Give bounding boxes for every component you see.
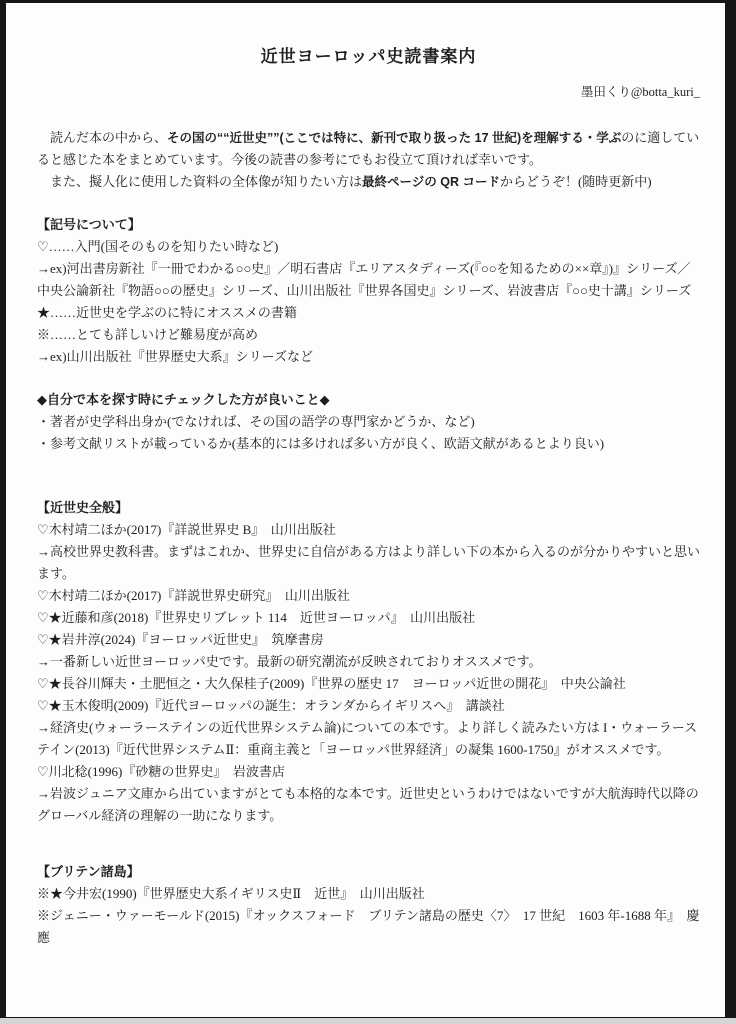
section-heading: 【ブリテン諸島】	[37, 861, 700, 883]
section-lines: ・著者が史学科出身か(でなければ、その国の語学の専門家かどうか、など)・参考文献…	[37, 411, 700, 455]
text-line: ♡木村靖二ほか(2017)『詳説世界史 B』 山川出版社	[37, 519, 700, 541]
intro-text: また、擬人化に使用した資料の全体像が知りたい方は	[37, 174, 362, 189]
text-line: ♡川北稔(1996)『砂糖の世界史』 岩波書店	[37, 761, 700, 783]
intro-bold-text: その国の““近世史””(ここでは特に、新刊で取り扱った 17 世紀)を理解する・…	[167, 131, 621, 145]
section-early-modern-general: 【近世史全般】 ♡木村靖二ほか(2017)『詳説世界史 B』 山川出版社→高校世…	[37, 497, 700, 827]
text-line: ※……とても詳しいけど難易度が高め	[37, 324, 700, 346]
text-line: →経済史(ウォーラーステインの近代世界システム論)についての本です。より詳しく読…	[37, 717, 700, 761]
section-heading: 【近世史全般】	[37, 497, 700, 519]
text-line: →ex)河出書房新社『一冊でわかる○○史』／明石書店『エリアスタディーズ(『○○…	[37, 258, 700, 302]
text-line: ・参考文献リストが載っているか(基本的には多ければ多い方が良く、欧語文献があると…	[37, 433, 700, 455]
section-lines: ♡……入門(国そのものを知りたい時など)→ex)河出書房新社『一冊でわかる○○史…	[37, 236, 700, 368]
intro-block: 読んだ本の中から、その国の““近世史””(ここでは特に、新刊で取り扱った 17 …	[37, 127, 700, 193]
text-line: ・著者が史学科出身か(でなければ、その国の語学の専門家かどうか、など)	[37, 411, 700, 433]
section-lines: ♡木村靖二ほか(2017)『詳説世界史 B』 山川出版社→高校世界史教科書。まず…	[37, 519, 700, 827]
text-line: →岩波ジュニア文庫から出ていますがとても本格的な本です。近世史というわけではない…	[37, 783, 700, 827]
section-check-tips: ◆自分で本を探す時にチェックした方が良いこと◆ ・著者が史学科出身か(でなければ…	[37, 389, 700, 455]
text-line: ♡★玉木俊明(2009)『近代ヨーロッパの誕生：オランダからイギリスへ』 講談社	[37, 695, 700, 717]
intro-bold-text: 最終ページの QR コード	[362, 175, 500, 189]
text-line: ♡★長谷川輝夫・土肥恒之・大久保桂子(2009)『世界の歴史 17 ヨーロッパ近…	[37, 673, 700, 695]
section-heading: ◆自分で本を探す時にチェックした方が良いこと◆	[37, 389, 700, 411]
text-line: ♡……入門(国そのものを知りたい時など)	[37, 236, 700, 258]
page-title: 近世ヨーロッパ史読書案内	[37, 45, 700, 69]
text-line: →高校世界史教科書。まずはこれか、世界史に自信がある方はより詳しい下の本から入る…	[37, 541, 700, 585]
document-page: 近世ヨーロッパ史読書案内 墨田くり@botta_kuri_ 読んだ本の中から、そ…	[6, 3, 725, 1017]
text-line: →一番新しい近世ヨーロッパ史です。最新の研究潮流が反映されておりオススメです。	[37, 651, 700, 673]
intro-text: からどうぞ！(随時更新中)	[500, 174, 652, 189]
text-line: ※★今井宏(1990)『世界歴史大系イギリス史Ⅱ 近世』 山川出版社	[37, 883, 700, 905]
author-credit: 墨田くり@botta_kuri_	[37, 83, 700, 101]
text-line: ♡★岩井淳(2024)『ヨーロッパ近世史』 筑摩書房	[37, 629, 700, 651]
section-heading: 【記号について】	[37, 214, 700, 236]
text-line: ※ジェニー・ウァーモールド(2015)『オックスフォード ブリテン諸島の歴史〈7…	[37, 905, 700, 949]
section-british-isles: 【ブリテン諸島】 ※★今井宏(1990)『世界歴史大系イギリス史Ⅱ 近世』 山川…	[37, 861, 700, 949]
text-line: ♡木村靖二ほか(2017)『詳説世界史研究』 山川出版社	[37, 585, 700, 607]
page-bottom-edge	[0, 1018, 736, 1024]
text-line: →ex)山川出版社『世界歴史大系』シリーズなど	[37, 346, 700, 368]
intro-text: 読んだ本の中から、	[37, 130, 167, 145]
section-lines: ※★今井宏(1990)『世界歴史大系イギリス史Ⅱ 近世』 山川出版社※ジェニー・…	[37, 883, 700, 949]
text-line: ♡★近藤和彦(2018)『世界史リブレット 114 近世ヨーロッパ』 山川出版社	[37, 607, 700, 629]
intro-paragraph-1: 読んだ本の中から、その国の““近世史””(ここでは特に、新刊で取り扱った 17 …	[37, 127, 700, 171]
section-symbols: 【記号について】 ♡……入門(国そのものを知りたい時など)→ex)河出書房新社『…	[37, 214, 700, 368]
intro-paragraph-2: また、擬人化に使用した資料の全体像が知りたい方は最終ページの QR コードからど…	[37, 171, 700, 193]
text-line: ★……近世史を学ぶのに特にオススメの書籍	[37, 302, 700, 324]
